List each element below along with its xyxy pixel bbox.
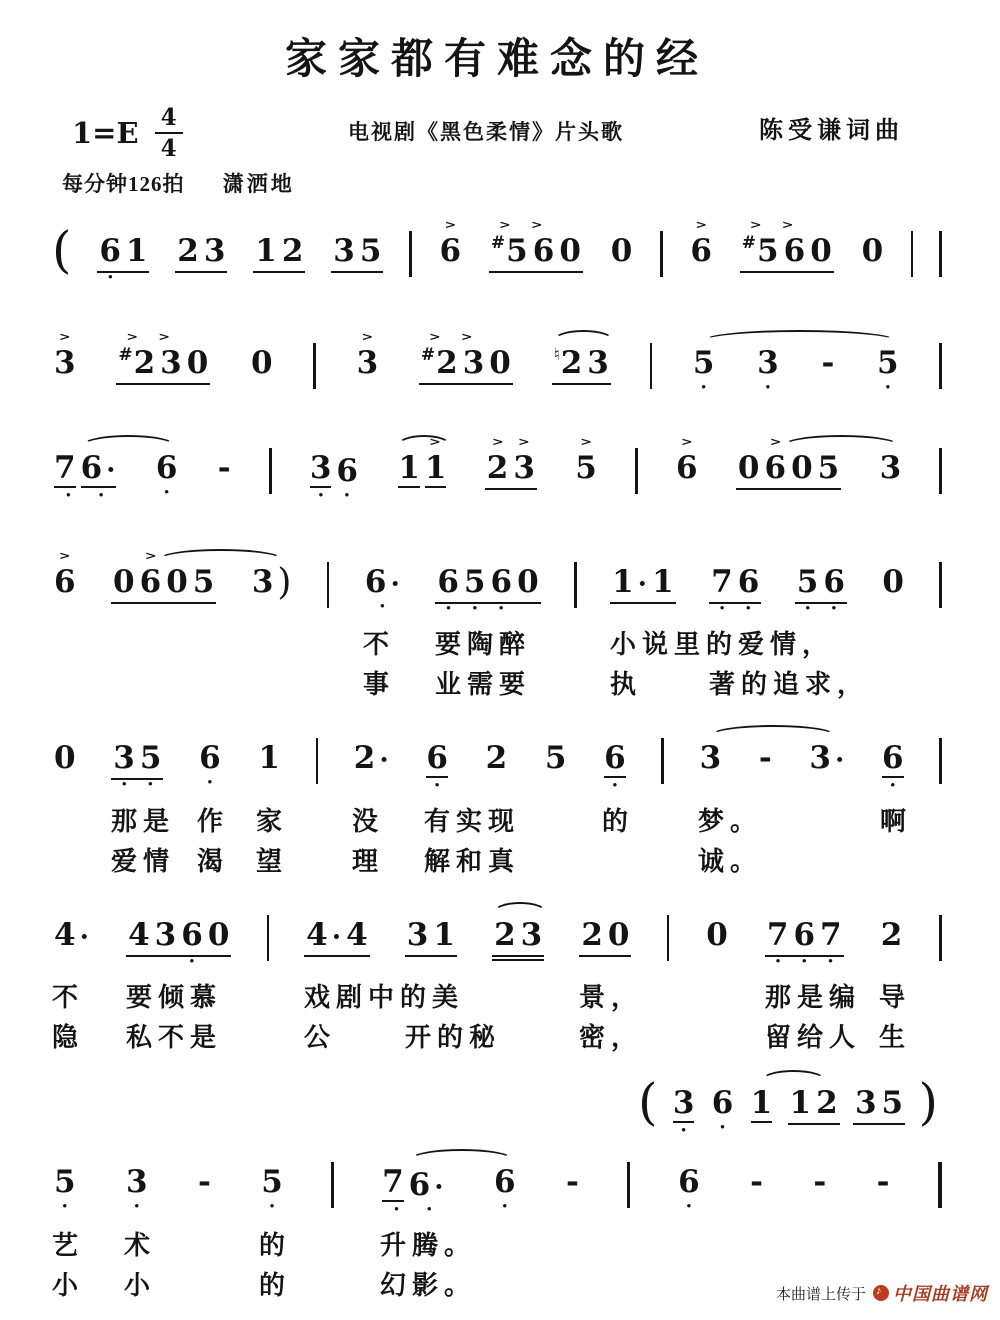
lyric-syllable: 术 <box>124 1225 156 1262</box>
slur-arc <box>397 435 451 456</box>
accidental: # <box>742 235 756 252</box>
lyric-row: 爱情渴望理解和真诚。 <box>52 839 942 878</box>
note-cell: - <box>811 1149 828 1219</box>
lyric-syllable: 理 <box>352 841 384 878</box>
octave-dot: • <box>743 604 753 621</box>
barline <box>331 1162 334 1208</box>
note-cell: 0 <box>860 218 886 288</box>
accent-mark: > <box>362 331 374 345</box>
lyric-syllable: 的 <box>602 801 634 838</box>
octave-dot: • <box>145 780 155 797</box>
note-cell: >>#230 <box>116 330 210 402</box>
music-line: 4·4360•4·43123200767•••2不要倾慕戏剧中的美景，那是编导隐… <box>52 902 942 1054</box>
octave-dot: • <box>96 491 106 508</box>
note-cell: 5• <box>259 1149 285 1219</box>
octave-dot: • <box>799 957 809 974</box>
lyric-syllable: 隐 <box>52 1017 84 1054</box>
octave-dot: • <box>132 1202 142 1219</box>
note-cell: 6• <box>880 725 906 798</box>
accent-mark: > <box>444 219 456 233</box>
note-cell: >3 <box>52 330 78 400</box>
slur-arc <box>761 1070 826 1091</box>
composer-credit: 陈受谦词曲 <box>759 110 904 145</box>
lyric-syllable: 小说里的爱情， <box>610 624 834 661</box>
lyric-syllable: 执 <box>610 664 642 701</box>
note-cell: >6 <box>688 218 714 288</box>
barline <box>267 915 270 961</box>
augmentation-dot: · <box>80 923 89 952</box>
octave-dot: • <box>610 781 620 798</box>
accent-mark: > <box>461 331 473 345</box>
note-cell: 2· <box>352 725 391 795</box>
lyric-row: 隐私不是公开的秘密，留给人生 <box>52 1015 942 1054</box>
note-cell: 0 <box>704 902 730 972</box>
watermark: 本曲谱上传于 中国曲谱网 <box>776 1280 988 1306</box>
lyric-row: 艺术的升腾。 <box>52 1223 942 1262</box>
note-cell: 31 <box>405 902 457 974</box>
accent-mark: > <box>59 331 71 345</box>
barline <box>939 343 942 389</box>
note-cell: 0 <box>609 218 635 288</box>
slur-arc <box>783 435 899 456</box>
note-cell: 1 <box>256 725 282 795</box>
octave-dot: • <box>205 778 215 795</box>
note-cell: 6• <box>197 725 223 795</box>
slur-arc <box>710 725 837 746</box>
octave-dot: • <box>470 604 480 621</box>
note-cell: 3• <box>671 1070 697 1143</box>
barline <box>650 343 653 389</box>
octave-dot: • <box>496 604 506 621</box>
lyric-syllable: 戏剧中的美 <box>304 977 464 1014</box>
note-cell: 76•• <box>709 549 761 621</box>
barline <box>409 231 412 277</box>
lyric-syllable: 不 <box>363 624 395 661</box>
barline <box>635 448 638 494</box>
note-cell: 6·• <box>363 549 402 619</box>
note-cell: 3• <box>124 1149 150 1219</box>
accent-mark: > <box>531 219 543 233</box>
lyric-syllable: 没 <box>352 801 384 838</box>
octave-dot: • <box>432 781 442 798</box>
augmentation-dot: · <box>434 1173 443 1202</box>
lyric-row: 事业需要执著的追求， <box>52 662 942 701</box>
note-cell: 6• <box>602 725 628 798</box>
accent-mark: > <box>681 436 693 450</box>
octave-dot: • <box>679 1126 689 1143</box>
barline <box>661 738 664 784</box>
lyric-syllable: 事 <box>363 664 395 701</box>
accent-mark: > <box>59 550 71 564</box>
octave-dot: • <box>63 491 73 508</box>
octave-dot: • <box>444 604 454 621</box>
slur-arc <box>553 330 614 351</box>
lyric-row: 不要陶醉小说里的爱情， <box>52 622 942 661</box>
lyric-row: 那是作家没有实现的梦。啊 <box>52 799 942 838</box>
lyric-syllable: 有实现 <box>424 801 520 838</box>
music-line: >6>06053)6·•6560•••1·176••56••0不要陶醉小说里的爱… <box>52 549 942 701</box>
accidental: # <box>421 347 435 364</box>
lyric-syllable: 留给人 <box>765 1017 861 1054</box>
augmentation-dot: · <box>835 746 844 775</box>
note-cell: 12 <box>253 218 305 290</box>
lyric-row: 不要倾慕戏剧中的美景，那是编导 <box>52 975 942 1014</box>
octave-dot: • <box>763 383 773 400</box>
accidental: # <box>118 347 132 364</box>
score-body: (61•231235>6>>#5600>6>>#5600>3>>#2300>3>… <box>52 218 942 1302</box>
octave-dot: • <box>718 1123 728 1140</box>
augmentation-dot: · <box>106 456 115 485</box>
barline <box>269 448 272 494</box>
lyric-syllable: 望 <box>256 841 288 878</box>
lyric-syllable: 的 <box>259 1225 291 1262</box>
octave-dot: • <box>717 604 727 621</box>
augmentation-dot: · <box>390 570 399 599</box>
lyric-syllable: 渴 <box>197 841 229 878</box>
octave-dot: • <box>424 1205 434 1222</box>
octave-dot: • <box>377 602 387 619</box>
score-header: 1=E 4 4 电视剧《黑色柔情》片头歌 陈受谦词曲 <box>52 102 942 166</box>
note-cell: - <box>216 435 233 505</box>
lyric-syllable: 开的秘 <box>405 1017 501 1054</box>
barline <box>660 231 663 277</box>
lyric-syllable: 著的追求， <box>709 664 869 701</box>
accent-mark: > <box>750 219 762 233</box>
barline <box>313 343 316 389</box>
accidental: # <box>491 235 505 252</box>
sheet-music-page: 家家都有难念的经 1=E 4 4 电视剧《黑色柔情》片头歌 陈受谦词曲 每分钟1… <box>0 0 1000 1320</box>
lyric-syllable: 公 <box>304 1017 336 1054</box>
octave-dot: • <box>699 383 709 400</box>
barline <box>939 915 942 961</box>
site-name: 中国曲谱网 <box>893 1280 988 1306</box>
lyric-syllable: 要陶醉 <box>435 624 531 661</box>
note-cell: 5• <box>52 1149 78 1219</box>
music-line: (3•6•11235) <box>52 1070 942 1143</box>
lyric-syllable: 艺 <box>52 1225 84 1262</box>
barline <box>574 562 577 608</box>
note-cell: - <box>875 1149 892 1219</box>
octave-dot: • <box>684 1202 694 1219</box>
accent-mark: > <box>492 436 504 450</box>
lyric-syllable: 业需要 <box>435 664 531 701</box>
expression-marking: 潇洒地 <box>223 172 295 196</box>
lyric-syllable: 那是 <box>111 801 175 838</box>
bpm-label: 每分钟126拍 <box>62 172 185 196</box>
octave-dot: • <box>888 781 898 798</box>
lyric-syllable: 生 <box>879 1017 911 1054</box>
accent-mark: > <box>499 219 511 233</box>
lyric-syllable: 要倾慕 <box>126 977 222 1014</box>
note-cell: 0 <box>52 725 78 795</box>
octave-dot: • <box>803 604 813 621</box>
barline <box>327 562 330 608</box>
note-cell: 35 <box>331 218 383 290</box>
octave-dot: • <box>391 1205 401 1222</box>
lyric-syllable: 导 <box>879 977 911 1014</box>
lyric-syllable: 家 <box>256 801 288 838</box>
tempo-marking: 每分钟126拍 潇洒地 <box>62 168 942 198</box>
accent-mark: > <box>429 331 441 345</box>
lyric-syllable: 私不是 <box>126 1017 222 1054</box>
note-cell: >>#230 <box>419 330 513 402</box>
key-signature: 1=E 4 4 <box>72 106 183 160</box>
slur-arc <box>493 902 547 923</box>
accent-mark: > <box>782 219 794 233</box>
music-line: 76·••6•-36••>11>>23>5>6>06053 <box>52 435 942 508</box>
accent-mark: > <box>518 436 530 450</box>
note-cell: - <box>748 1149 765 1219</box>
subtitle: 电视剧《黑色柔情》片头歌 <box>348 116 624 146</box>
meter-numerator: 4 <box>155 106 183 134</box>
note-cell: 767••• <box>765 902 844 974</box>
accent-mark: > <box>770 436 782 450</box>
accent-mark: > <box>126 331 138 345</box>
octave-dot: • <box>316 491 326 508</box>
octave-dot: • <box>162 488 172 505</box>
note-cell: 2 <box>484 725 510 795</box>
note-cell: >6 <box>438 218 464 288</box>
octave-dot: • <box>829 604 839 621</box>
note-cell: >6 <box>674 435 700 505</box>
phrase-paren: ( <box>638 1079 658 1125</box>
note-cell: 36•• <box>308 435 360 508</box>
time-signature: 4 4 <box>155 106 183 160</box>
note-cell: 23 <box>175 218 227 290</box>
augmentation-dot: · <box>638 570 647 599</box>
accent-mark: > <box>145 550 157 564</box>
slur-arc <box>82 435 175 456</box>
phrase-paren: ( <box>52 227 72 273</box>
page-title: 家家都有难念的经 <box>52 26 942 86</box>
note-cell: 6• <box>424 725 450 798</box>
music-line: 035••6•12·6•256•3-3·6•那是作家没有实现的梦。啊爱情渴望理解… <box>52 725 942 878</box>
barline <box>627 1162 630 1208</box>
key-label: 1=E <box>72 116 139 150</box>
site-logo: 中国曲谱网 <box>873 1280 988 1306</box>
octave-dot: • <box>883 383 893 400</box>
slur-arc <box>703 330 896 351</box>
lyric-syllable: 小 <box>124 1265 156 1302</box>
accent-mark: > <box>580 436 592 450</box>
note-cell: 35 <box>853 1070 905 1142</box>
barline <box>938 1162 942 1208</box>
octave-dot: • <box>105 273 115 290</box>
barline <box>939 562 942 608</box>
barline <box>911 231 914 277</box>
music-line: (61•231235>6>>#5600>6>>#5600 <box>52 218 942 290</box>
lyric-syllable: 升腾。 <box>380 1225 476 1262</box>
upload-note: 本曲谱上传于 <box>776 1283 866 1304</box>
meter-denominator: 4 <box>161 134 177 160</box>
barline <box>316 738 319 784</box>
note-cell: 61• <box>97 218 149 290</box>
note-cell: >>#560 <box>489 218 583 290</box>
lyric-syllable: 爱情 <box>111 841 175 878</box>
note-cell: - <box>564 1149 581 1219</box>
octave-dot: • <box>119 780 129 797</box>
note-cell: 2 <box>879 902 905 972</box>
lyric-syllable: 小 <box>52 1265 84 1302</box>
note-cell: 4360• <box>126 902 231 974</box>
octave-dot: • <box>60 1202 70 1219</box>
accidental: ♮ <box>554 347 560 364</box>
lyric-syllable: 景， <box>579 977 643 1014</box>
site-logo-icon <box>873 1285 889 1301</box>
barline <box>667 915 670 961</box>
note-cell: 1·1 <box>610 549 676 621</box>
lyric-syllable: 作 <box>197 801 229 838</box>
slur-arc <box>410 1149 513 1170</box>
note-cell: 0 <box>249 330 275 400</box>
lyric-syllable: 梦。 <box>698 801 762 838</box>
phrase-paren: ) <box>918 1079 938 1125</box>
lyric-syllable: 幻影。 <box>380 1265 476 1302</box>
barline <box>939 738 942 784</box>
lyric-syllable: 不 <box>52 977 84 1014</box>
accent-mark: > <box>158 331 170 345</box>
lyric-syllable: 的 <box>259 1265 291 1302</box>
accent-mark: > <box>695 219 707 233</box>
note-cell: 4· <box>52 902 91 972</box>
note-cell: 5 <box>543 725 569 795</box>
lyric-syllable: 那是编 <box>765 977 861 1014</box>
note-cell: 20 <box>579 902 631 974</box>
augmentation-dot: · <box>379 746 388 775</box>
note-cell: 0 <box>880 549 906 619</box>
slur-arc <box>158 549 282 570</box>
note-cell: >6 <box>52 549 78 619</box>
octave-dot: • <box>500 1202 510 1219</box>
barline <box>939 448 942 494</box>
octave-dot: • <box>267 1202 277 1219</box>
note-cell: 4·4 <box>304 902 370 974</box>
note-cell: >5 <box>573 435 599 505</box>
augmentation-dot: · <box>332 923 341 952</box>
music-line: >3>>#2300>3>>#230♮235•3•-5• <box>52 330 942 402</box>
note-cell: 56•• <box>795 549 847 621</box>
lyric-syllable: 密， <box>579 1017 643 1054</box>
lyric-syllable: 解和真 <box>424 841 520 878</box>
note-cell: >3 <box>355 330 381 400</box>
octave-dot: • <box>773 957 783 974</box>
note-cell: 6• <box>710 1070 736 1140</box>
note-cell: >>23 <box>485 435 537 507</box>
octave-dot: • <box>342 491 352 508</box>
octave-dot: • <box>187 957 197 974</box>
note-cell: 35•• <box>111 725 163 797</box>
note-cell: 6• <box>676 1149 702 1219</box>
note-cell: 6560••• <box>435 549 540 621</box>
note-cell: >>#560 <box>740 218 834 290</box>
octave-dot: • <box>825 957 835 974</box>
barline <box>939 231 942 277</box>
note-cell: - <box>196 1149 213 1219</box>
lyric-syllable: 诚。 <box>698 841 762 878</box>
lyric-syllable: 啊 <box>880 801 912 838</box>
